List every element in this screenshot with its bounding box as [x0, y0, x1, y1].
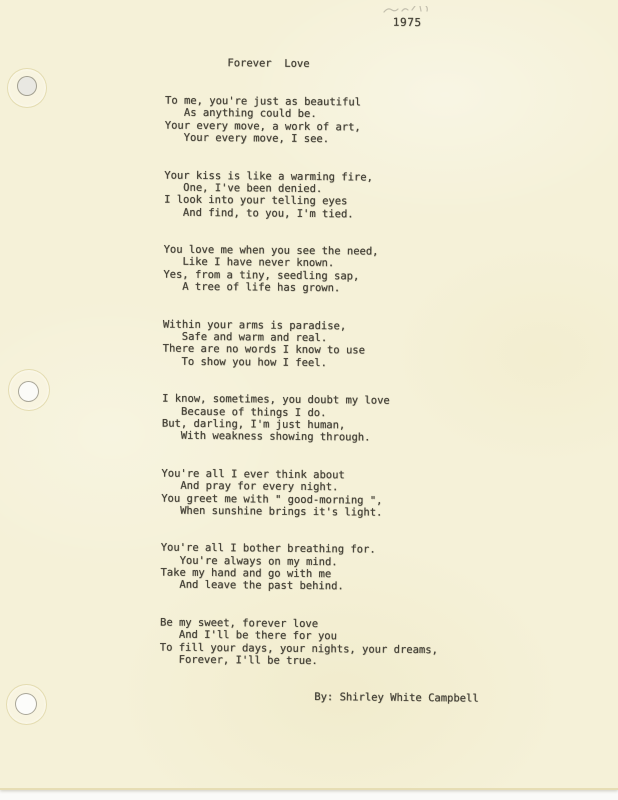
- stanza: You're all I bother breathing for.You're…: [160, 542, 439, 594]
- stanza: You love me when you see the need,Like I…: [163, 244, 442, 296]
- poem-body: To me, you're just as beautifulAs anythi…: [159, 95, 443, 694]
- paper-sheet: 1975 Forever Love To me, you're just as …: [0, 0, 618, 790]
- byline: By: Shirley White Campbell: [314, 691, 478, 705]
- stanza: Your kiss is like a warming fire,One, I'…: [164, 169, 443, 221]
- stanza: You're all I ever think aboutAnd pray fo…: [161, 467, 440, 519]
- stanza: Within your arms is paradise,Safe and wa…: [162, 318, 441, 370]
- poem-line: And find, to you, I'm tied.: [164, 206, 442, 221]
- stanza: Be my sweet, forever loveAnd I'll be the…: [160, 617, 439, 669]
- poem-line: Your every move, I see.: [165, 132, 443, 147]
- poem-line: A tree of life has grown.: [163, 281, 441, 296]
- poem-line: When sunshine brings it's light.: [161, 504, 439, 519]
- scanned-page: 1975 Forever Love To me, you're just as …: [0, 0, 618, 800]
- poem-title: Forever Love: [227, 57, 309, 70]
- stanza: I know, sometimes, you doubt my loveBeca…: [162, 393, 441, 445]
- poem-line: And leave the past behind.: [160, 579, 438, 594]
- date: 1975: [393, 17, 422, 30]
- stanza: To me, you're just as beautifulAs anythi…: [165, 95, 444, 147]
- typewritten-text-layer: 1975 Forever Love To me, you're just as …: [0, 0, 618, 794]
- poem-line: To show you how I feel.: [162, 355, 440, 370]
- poem-line: With weakness showing through.: [162, 430, 440, 445]
